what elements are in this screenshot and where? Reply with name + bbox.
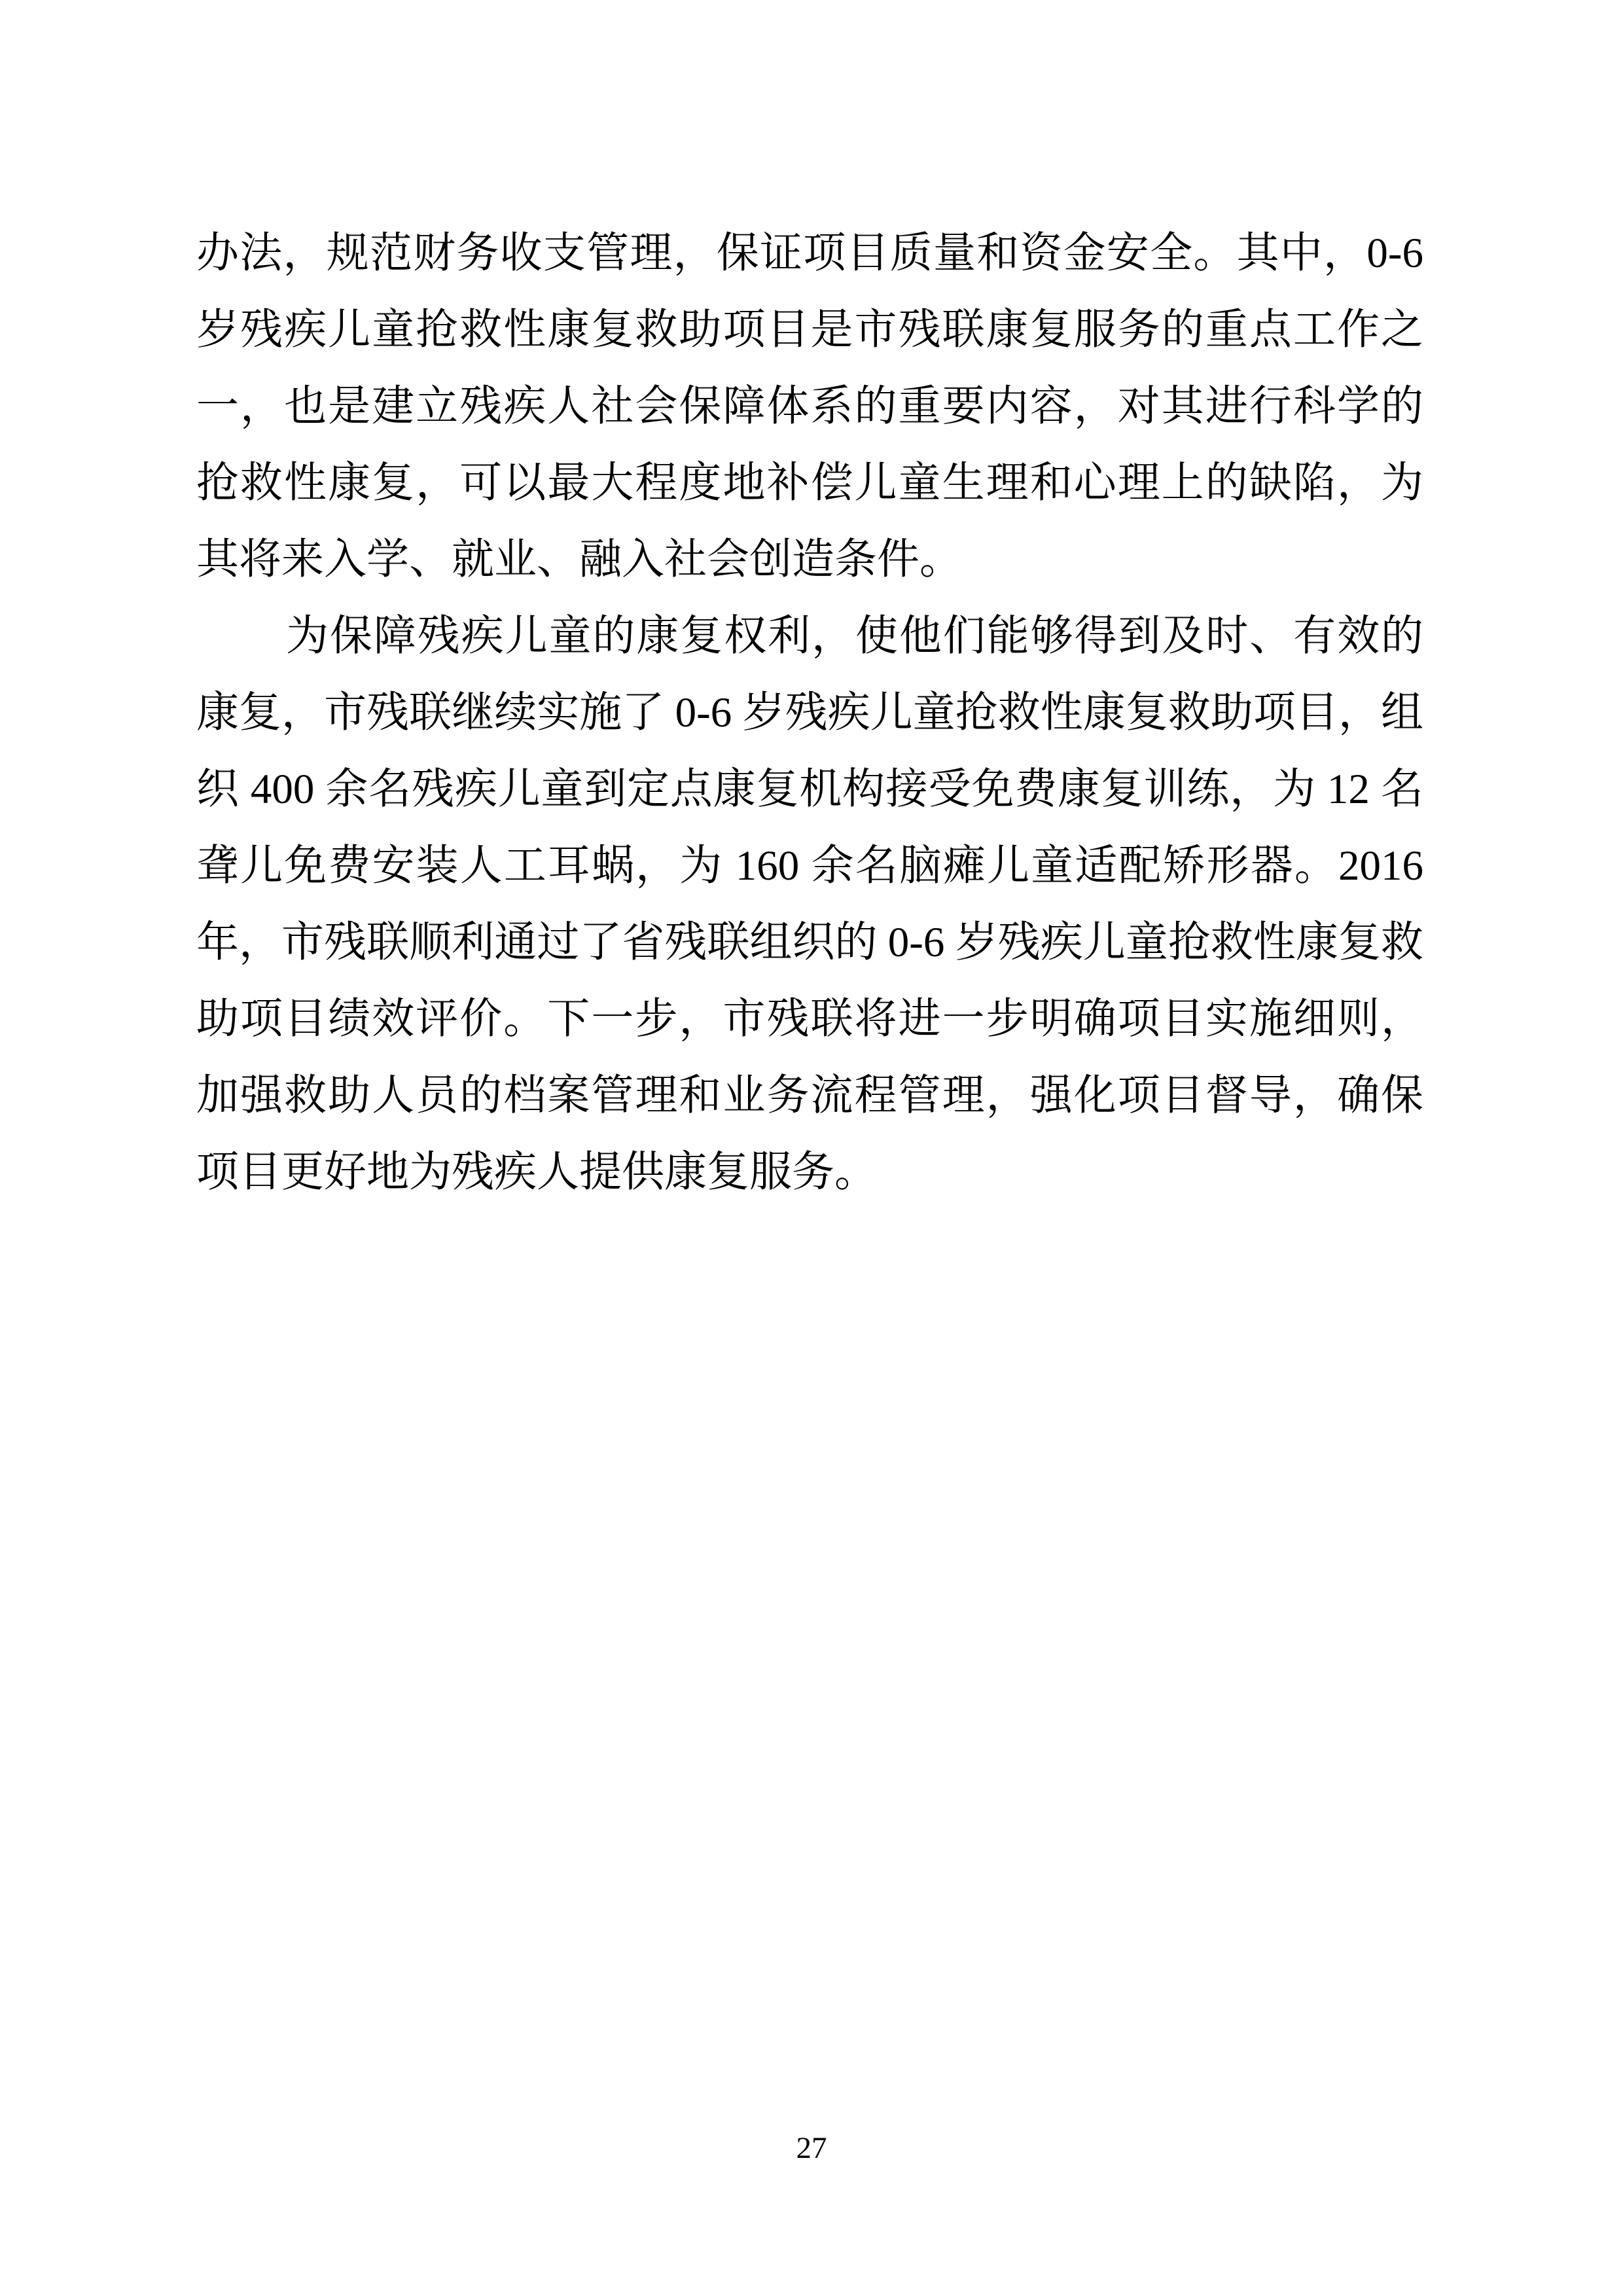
text-line: 为保障残疾儿童的康复权利，使他们能够得到及时、有效的 (196, 598, 1423, 675)
text-line: 岁残疾儿童抢救性康复救助项目是市残联康复服务的重点工作之 (196, 292, 1423, 368)
text-line: 加强救助人员的档案管理和业务流程管理，强化项目督导，确保 (196, 1058, 1423, 1134)
text-line: 助项目绩效评价。下一步，市残联将进一步明确项目实施细则， (196, 981, 1423, 1058)
text-line: 织 400 余名残疾儿童到定点康复机构接受免费康复训练，为 12 名 (196, 751, 1423, 828)
document-page: 办法，规范财务收支管理，保证项目质量和资金安全。其中，0-6岁残疾儿童抢救性康复… (0, 0, 1623, 2296)
page-number: 27 (0, 2128, 1623, 2168)
text-line: 年，市残联顺利通过了省残联组织的 0-6 岁残疾儿童抢救性康复救 (196, 905, 1423, 981)
text-line: 一，也是建立残疾人社会保障体系的重要内容，对其进行科学的 (196, 368, 1423, 445)
text-line: 项目更好地为残疾人提供康复服务。 (196, 1134, 1423, 1211)
text-line: 康复，市残联继续实施了 0-6 岁残疾儿童抢救性康复救助项目，组 (196, 675, 1423, 751)
body-text: 办法，规范财务收支管理，保证项目质量和资金安全。其中，0-6岁残疾儿童抢救性康复… (196, 215, 1423, 1211)
text-line: 办法，规范财务收支管理，保证项目质量和资金安全。其中，0-6 (196, 215, 1423, 292)
text-line: 抢救性康复，可以最大程度地补偿儿童生理和心理上的缺陷，为 (196, 445, 1423, 522)
text-line: 其将来入学、就业、融入社会创造条件。 (196, 522, 1423, 598)
text-line: 聋儿免费安装人工耳蜗，为 160 余名脑瘫儿童适配矫形器。2016 (196, 828, 1423, 905)
